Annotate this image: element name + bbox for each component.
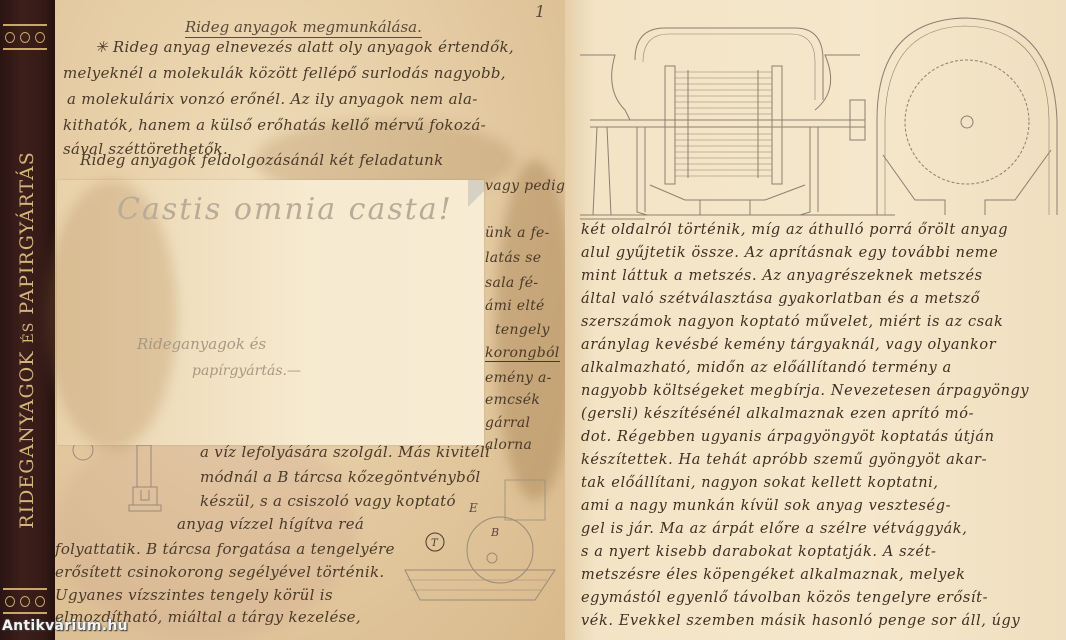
text-line: folyattatik. B tárcsa forgatása a tengel… — [55, 540, 395, 558]
pasted-card: Castis omnia casta! Rideganyagok és papí… — [57, 180, 484, 445]
spine-title-main: RIDEGANYAGOK — [16, 351, 38, 529]
text-line: alul gyűjtetik össze. Az aprításnak egy … — [581, 245, 998, 261]
card-subtitle-line1: Rideganyagok és — [137, 335, 266, 353]
text-line: nagyobb költségeket megbírja. Nevezetese… — [581, 383, 1029, 399]
text-line: tak előállítani, nagyon sokat kellett ko… — [581, 475, 939, 491]
text-line: dot. Régebben ugyanis árpagyöngyöt kopta… — [581, 429, 995, 445]
text-line: gel is jár. Ma az árpát előre a szélre v… — [581, 521, 967, 537]
text-line: metszésre éles köpengéket alkalmaznak, m… — [581, 567, 966, 583]
text-line: s a nyert kisebb darabokat koptatják. A … — [581, 544, 937, 560]
text-line: vék. Evekkel szemben másik hasonló penge… — [581, 613, 1020, 629]
text-line: Ugyanes vízszintes tengely körül is — [55, 586, 333, 604]
spine-title-conj: ÉS — [21, 322, 37, 344]
text-line: alkalmazható, midőn az előállítandó term… — [581, 360, 952, 376]
text-line: a víz lefolyására szolgál. Más kivitéli — [200, 443, 490, 461]
text-line: készül, s a csiszoló vagy koptató — [200, 492, 456, 510]
text-line: (gersli) készítésénél alkalmaznak ezen a… — [581, 406, 974, 422]
text-line: két oldalról történik, míg az áthulló po… — [581, 222, 1008, 238]
card-motto: Castis omnia casta! — [117, 192, 453, 227]
text-line: egymástól egyenlő távolban közös tengely… — [581, 590, 988, 606]
watermark: Antikvárium.hu — [2, 618, 128, 634]
spine-title-end: PAPIRGYÁRTÁS — [16, 151, 38, 314]
svg-text:B: B — [490, 526, 499, 539]
text-line: készítettek. Ha tehát apróbb szemű gyöng… — [581, 452, 987, 468]
machine-drawing — [565, 0, 1066, 225]
svg-text:T: T — [431, 538, 439, 549]
right-page: két oldalról történik, míg az áthulló po… — [565, 0, 1066, 640]
card-subtitle-line2: papírgyártás.— — [192, 363, 301, 379]
text-line: által való szétválasztása gyakorlatban é… — [581, 291, 980, 307]
spine-ornament-bottom — [3, 588, 47, 614]
text-line: mint láttuk a metszés. Az anyagrészeknek… — [581, 268, 983, 284]
spine-title: RIDEGANYAGOK ÉS PAPIRGYÁRTÁS — [16, 151, 38, 528]
svg-text:E: E — [468, 501, 478, 515]
card-corner-fold — [468, 180, 484, 218]
text-line: szerszámok nagyon koptató művelet, miért… — [581, 314, 1003, 330]
text-line: ami a nagy munkán kívül sok anyag veszte… — [581, 498, 951, 514]
text-line: módnál a B tárcsa kőzegöntvényből — [200, 468, 481, 486]
text-line: erősített csinokorong segélyével történi… — [55, 563, 384, 581]
spine-ornament-top — [3, 24, 47, 50]
text-line: anyag vízzel hígítva reá — [177, 515, 364, 533]
text-line: aránylag kevésbé kemény tárgyaknál, vagy… — [581, 337, 996, 353]
